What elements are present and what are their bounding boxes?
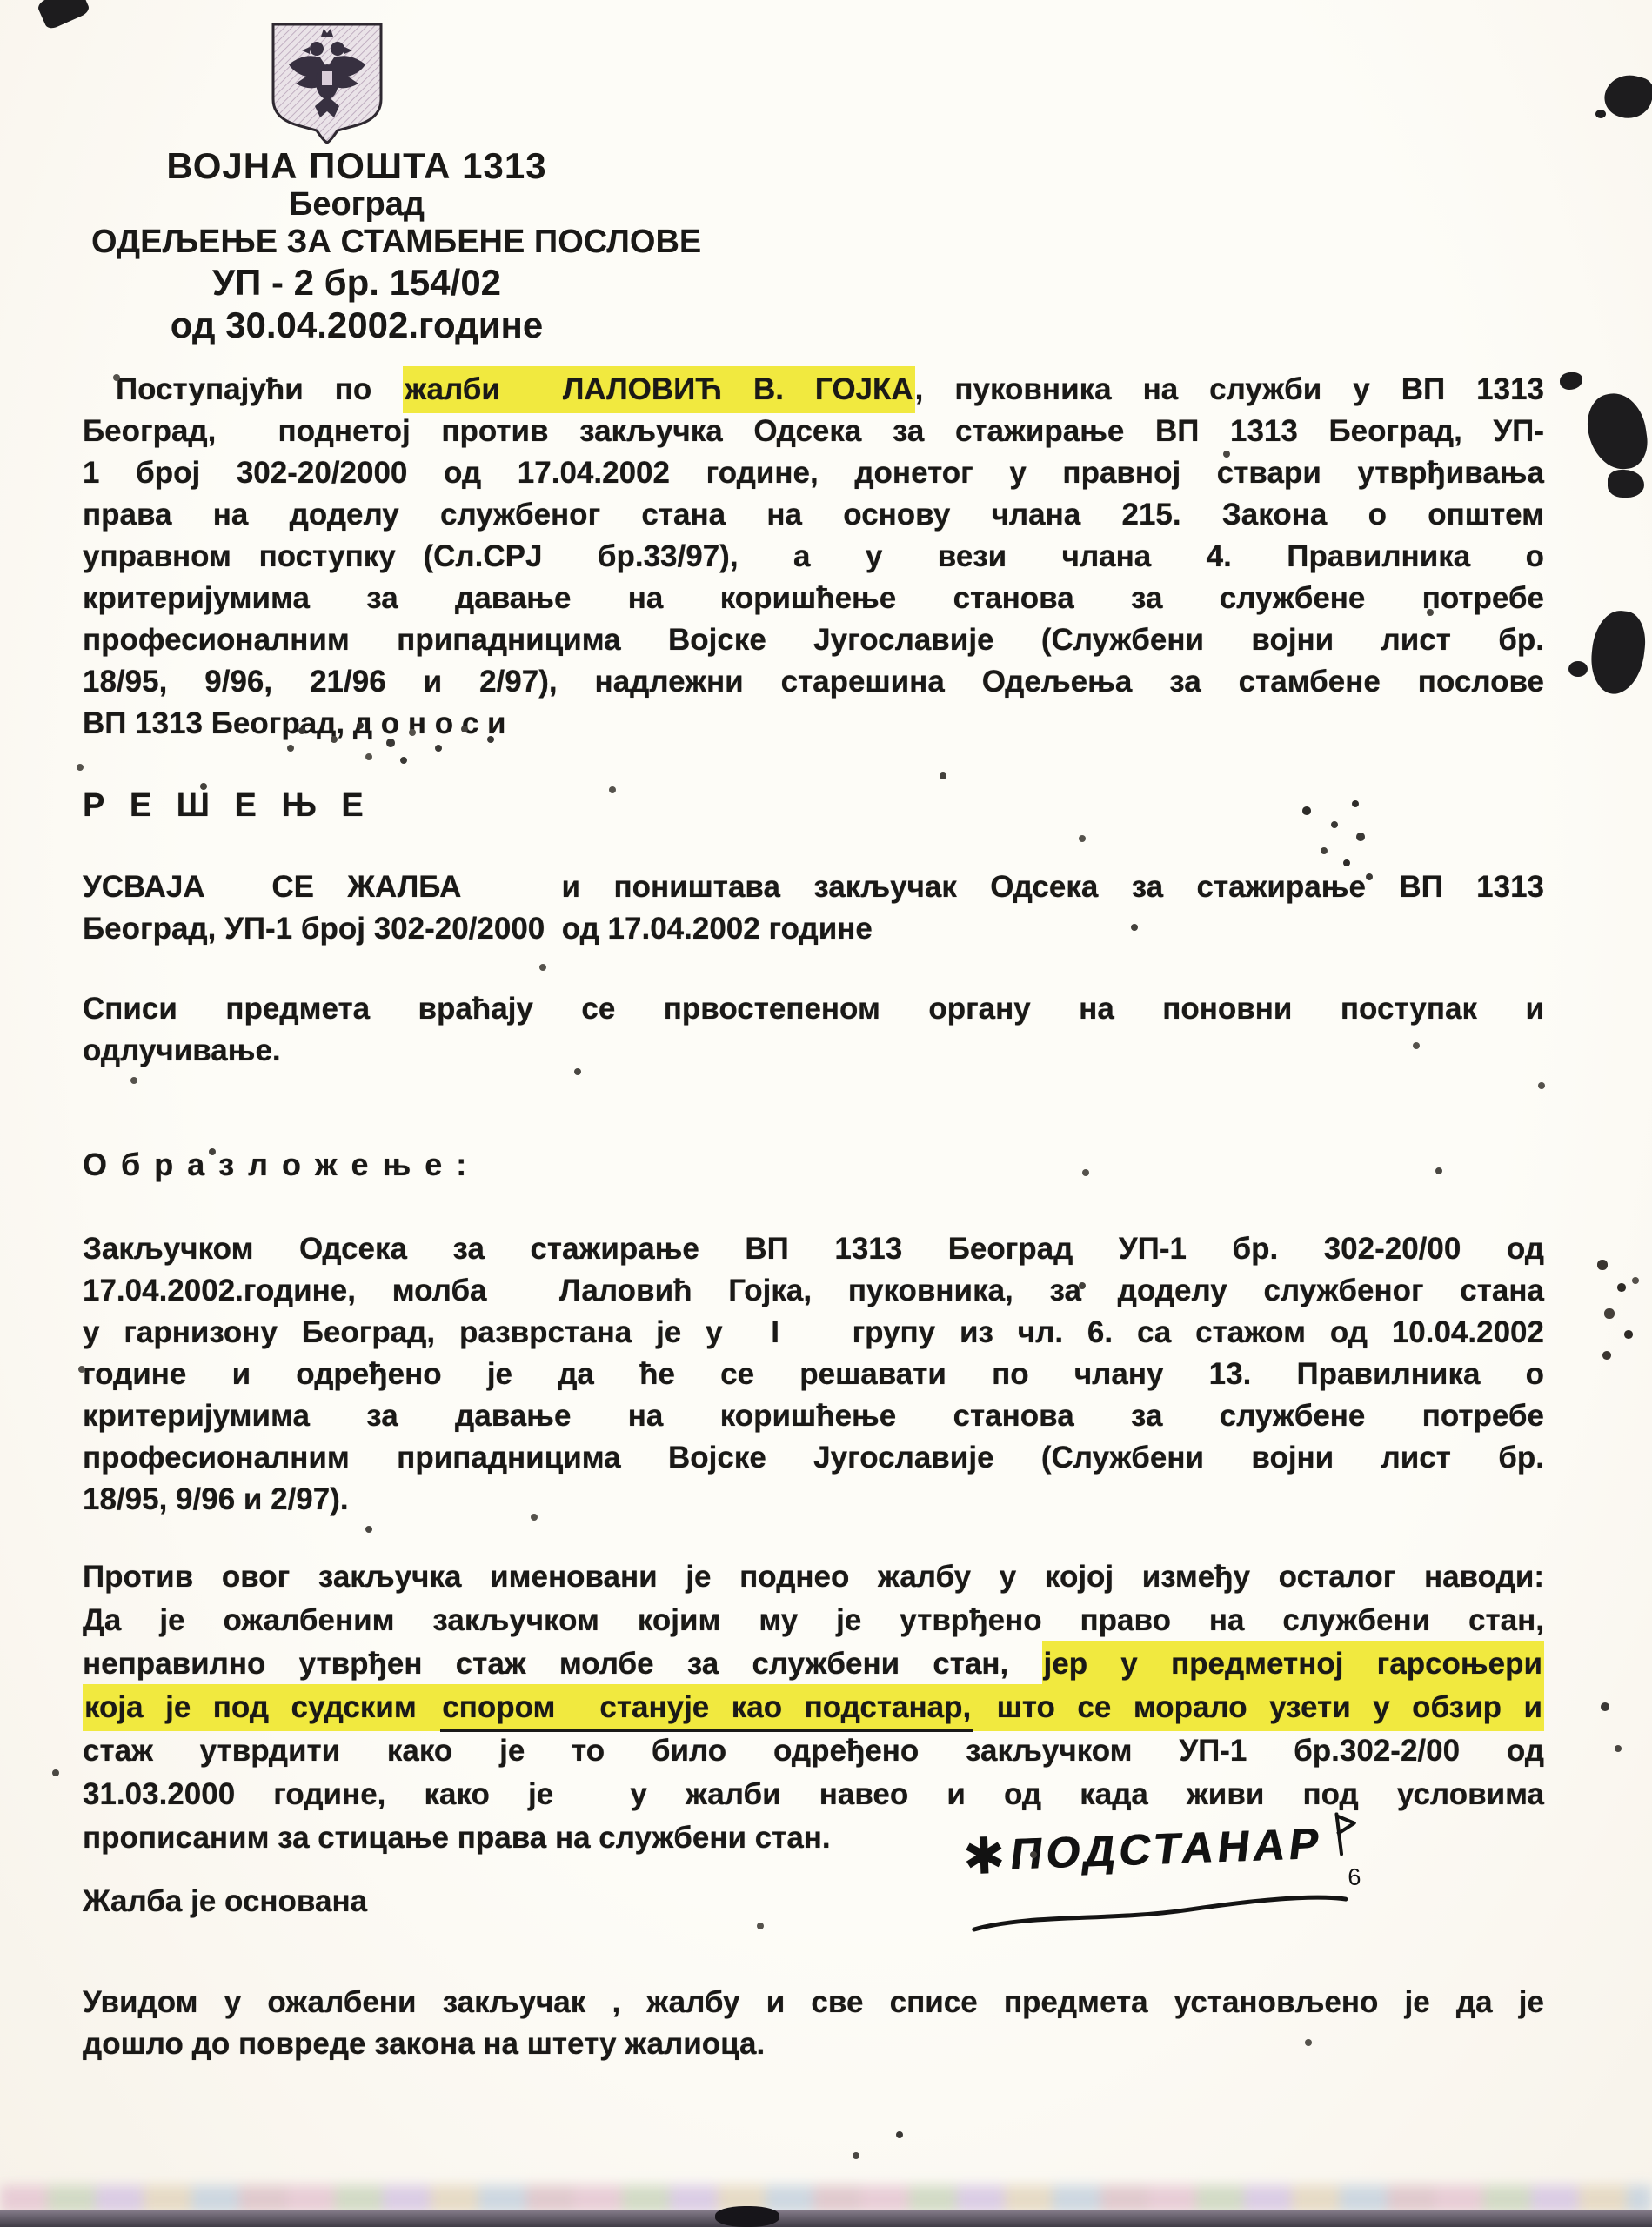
highlighted-text: која је под судским: [83, 1684, 440, 1731]
scan-edge-artifact: [715, 2206, 779, 2227]
text-line: 17.04.2002.године, молба Лаловић Гојка, …: [83, 1270, 1544, 1312]
highlighted-text: спором станује као подстанар,: [440, 1684, 973, 1732]
text-line: стаж утврдити како је то било одређено з…: [83, 1729, 1544, 1773]
scan-artifact: [36, 0, 90, 31]
text-segment: УСВАЈА СЕ ЖАЛБА и поништава закључак Одс…: [83, 870, 1544, 904]
org-name: ВОЈНА ПОШТА 1313: [91, 146, 622, 186]
coat-of-arms-icon: [263, 19, 391, 145]
text-segment: Београд, поднетој против закључка Одсека…: [83, 414, 1544, 448]
text-line: Београд, поднетој против закључка Одсека…: [83, 411, 1544, 452]
text-segment: критеријумима за давање на коришћење ста…: [83, 1399, 1544, 1433]
document-date: од 30.04.2002.године: [91, 304, 622, 346]
text-segment: 18/95, 9/96, 21/96 и 2/97), надлежни ста…: [83, 665, 1544, 699]
text-segment: одлучивање.: [83, 1033, 281, 1067]
text-line: Против овог закључка именовани је поднео…: [83, 1555, 1544, 1599]
text-segment: Поступајући по: [116, 372, 403, 406]
text-line: критеријумима за давање на коришћење ста…: [83, 1395, 1544, 1437]
text-segment: права на доделу службеног стана на основ…: [83, 498, 1544, 532]
text-segment: професионалним припадницима Војске Југос…: [83, 623, 1544, 657]
text-segment: Увидом у ожалбени закључак , жалбу и све…: [83, 1985, 1544, 2019]
decision-paragraph-1: УСВАЈА СЕ ЖАЛБА и поништава закључак Одс…: [83, 866, 1544, 950]
text-line: управном поступку (Сл.СРЈ бр.33/97), а у…: [83, 536, 1544, 578]
text-segment: године и одређено је да ће се решавати п…: [83, 1357, 1544, 1391]
text-line: одлучивање.: [83, 1030, 1544, 1072]
text-line: Поступајући по жалби ЛАЛОВИЋ В. ГОЈКА, п…: [83, 369, 1544, 411]
document-header: ВОЈНА ПОШТА 1313 Београд ОДЕЉЕЊЕ ЗА СТАМ…: [91, 146, 622, 346]
scanned-document-page: ВОЈНА ПОШТА 1313 Београд ОДЕЉЕЊЕ ЗА СТАМ…: [0, 0, 1652, 2227]
text-line: критеријумима за давање на коришћење ста…: [83, 578, 1544, 619]
text-segment: стаж утврдити како је то било одређено з…: [83, 1734, 1544, 1768]
scan-edge-artifact: [0, 2185, 1652, 2213]
text-line: у гарнизону Београд, разврстана је у I г…: [83, 1312, 1544, 1354]
scan-artifact: [1601, 70, 1652, 124]
text-segment: ВП 1313 Београд, д о н о с и: [83, 706, 506, 740]
text-line: Да је ожалбеним закључком којим му је ут…: [83, 1599, 1544, 1642]
text-line: Закључком Одсека за стажирање ВП 1313 Бе…: [83, 1228, 1544, 1270]
intro-paragraph: Поступајући по жалби ЛАЛОВИЋ В. ГОЈКА, п…: [83, 369, 1544, 745]
text-line: права на доделу службеног стана на основ…: [83, 494, 1544, 536]
text-line: године и одређено је да ће се решавати п…: [83, 1354, 1544, 1395]
highlighted-text: жалби ЛАЛОВИЋ В. ГОЈКА: [403, 366, 914, 413]
handwritten-annotation: ✱ ПОДСТАНАР 6: [962, 1813, 1384, 1949]
text-segment: Београд, УП-1 број 302-20/2000 од 17.04.…: [83, 912, 873, 946]
text-segment: Закључком Одсека за стажирање ВП 1313 Бе…: [83, 1232, 1544, 1266]
text-segment: Списи предмета враћају се првостепеном о…: [83, 992, 1544, 1026]
text-segment: 1 број 302-20/2000 од 17.04.2002 године,…: [83, 456, 1544, 490]
scan-artifact: [1583, 390, 1651, 473]
text-segment: Против овог закључка именовани је поднео…: [83, 1560, 1544, 1594]
scan-artifact: [1588, 608, 1649, 697]
org-city: Београд: [91, 186, 622, 223]
rationale-paragraph: Закључком Одсека за стажирање ВП 1313 Бе…: [83, 1228, 1544, 1521]
text-line: дошло до повреде закона на штету жалиоца…: [83, 2023, 1544, 2065]
case-number: УП - 2 бр. 154/02: [91, 261, 622, 304]
text-line: 1 број 302-20/2000 од 17.04.2002 године,…: [83, 452, 1544, 494]
text-segment: 17.04.2002.године, молба Лаловић Гојка, …: [83, 1274, 1544, 1307]
decision-paragraph-2: Списи предмета враћају се првостепеном о…: [83, 988, 1544, 1072]
text-line: професионалним припадницима Војске Југос…: [83, 1437, 1544, 1479]
text-segment: 31.03.2000 године, како је у жалби навео…: [83, 1777, 1544, 1811]
org-department: ОДЕЉЕЊЕ ЗА СТАМБЕНЕ ПОСЛОВЕ: [91, 223, 622, 261]
text-line: ВП 1313 Београд, д о н о с и: [83, 703, 1544, 745]
asterisk-mark-icon: ✱: [962, 1826, 1007, 1889]
pennant-flag-mark-icon: [1328, 1811, 1361, 1868]
text-line: Увидом у ожалбени закључак , жалбу и све…: [83, 1982, 1544, 2023]
rationale-heading: О б р а з л о ж е њ е :: [83, 1147, 1544, 1183]
text-segment: професионалним припадницима Војске Југос…: [83, 1441, 1544, 1475]
decision-heading: Р Е Ш Е Њ Е: [83, 787, 1544, 825]
text-line: професионалним припадницима Војске Југос…: [83, 619, 1544, 661]
scan-edge-artifact: [0, 2210, 1652, 2227]
handwritten-word: ПОДСТАНАР: [1007, 1815, 1326, 1883]
text-segment: критеријумима за давање на коришћење ста…: [83, 581, 1544, 615]
highlighted-text: што се морало узети у обзир и: [973, 1684, 1544, 1731]
text-segment: 18/95, 9/96 и 2/97).: [83, 1482, 349, 1516]
text-segment: у гарнизону Београд, разврстана је у I г…: [83, 1315, 1544, 1349]
text-segment: управном поступку (Сл.СРЈ бр.33/97), а у…: [83, 539, 1544, 573]
closing-paragraph: Увидом у ожалбени закључак , жалбу и све…: [83, 1982, 1544, 2065]
text-segment: Да је ожалбеним закључком којим му је ут…: [83, 1603, 1544, 1637]
highlighted-text: јер у предметној гарсоњери: [1042, 1641, 1545, 1689]
scan-artifact: [1595, 110, 1606, 118]
text-line: Списи предмета враћају се првостепеном о…: [83, 988, 1544, 1030]
text-line: која је под судским спором станује као п…: [83, 1686, 1544, 1729]
text-segment: прописаним за стицање права на службени …: [83, 1821, 831, 1855]
scan-artifact: [1608, 470, 1644, 498]
scan-artifact: [1560, 372, 1582, 390]
text-segment: , пуковника на служби у ВП 1313: [915, 372, 1544, 406]
text-line: 18/95, 9/96, 21/96 и 2/97), надлежни ста…: [83, 661, 1544, 703]
text-line: неправилно утврђен стаж молбе за службен…: [83, 1642, 1544, 1686]
scan-speckles: [0, 0, 3, 3]
text-line: Београд, УП-1 број 302-20/2000 од 17.04.…: [83, 908, 1544, 950]
text-segment: неправилно утврђен стаж молбе за службен…: [83, 1647, 1042, 1681]
scan-artifact: [1568, 661, 1588, 677]
text-line: 18/95, 9/96 и 2/97).: [83, 1479, 1544, 1521]
text-line: УСВАЈА СЕ ЖАЛБА и поништава закључак Одс…: [83, 866, 1544, 908]
text-segment: дошло до повреде закона на штету жалиоца…: [83, 2027, 765, 2061]
text-line: 31.03.2000 године, како је у жалби навео…: [83, 1773, 1544, 1816]
